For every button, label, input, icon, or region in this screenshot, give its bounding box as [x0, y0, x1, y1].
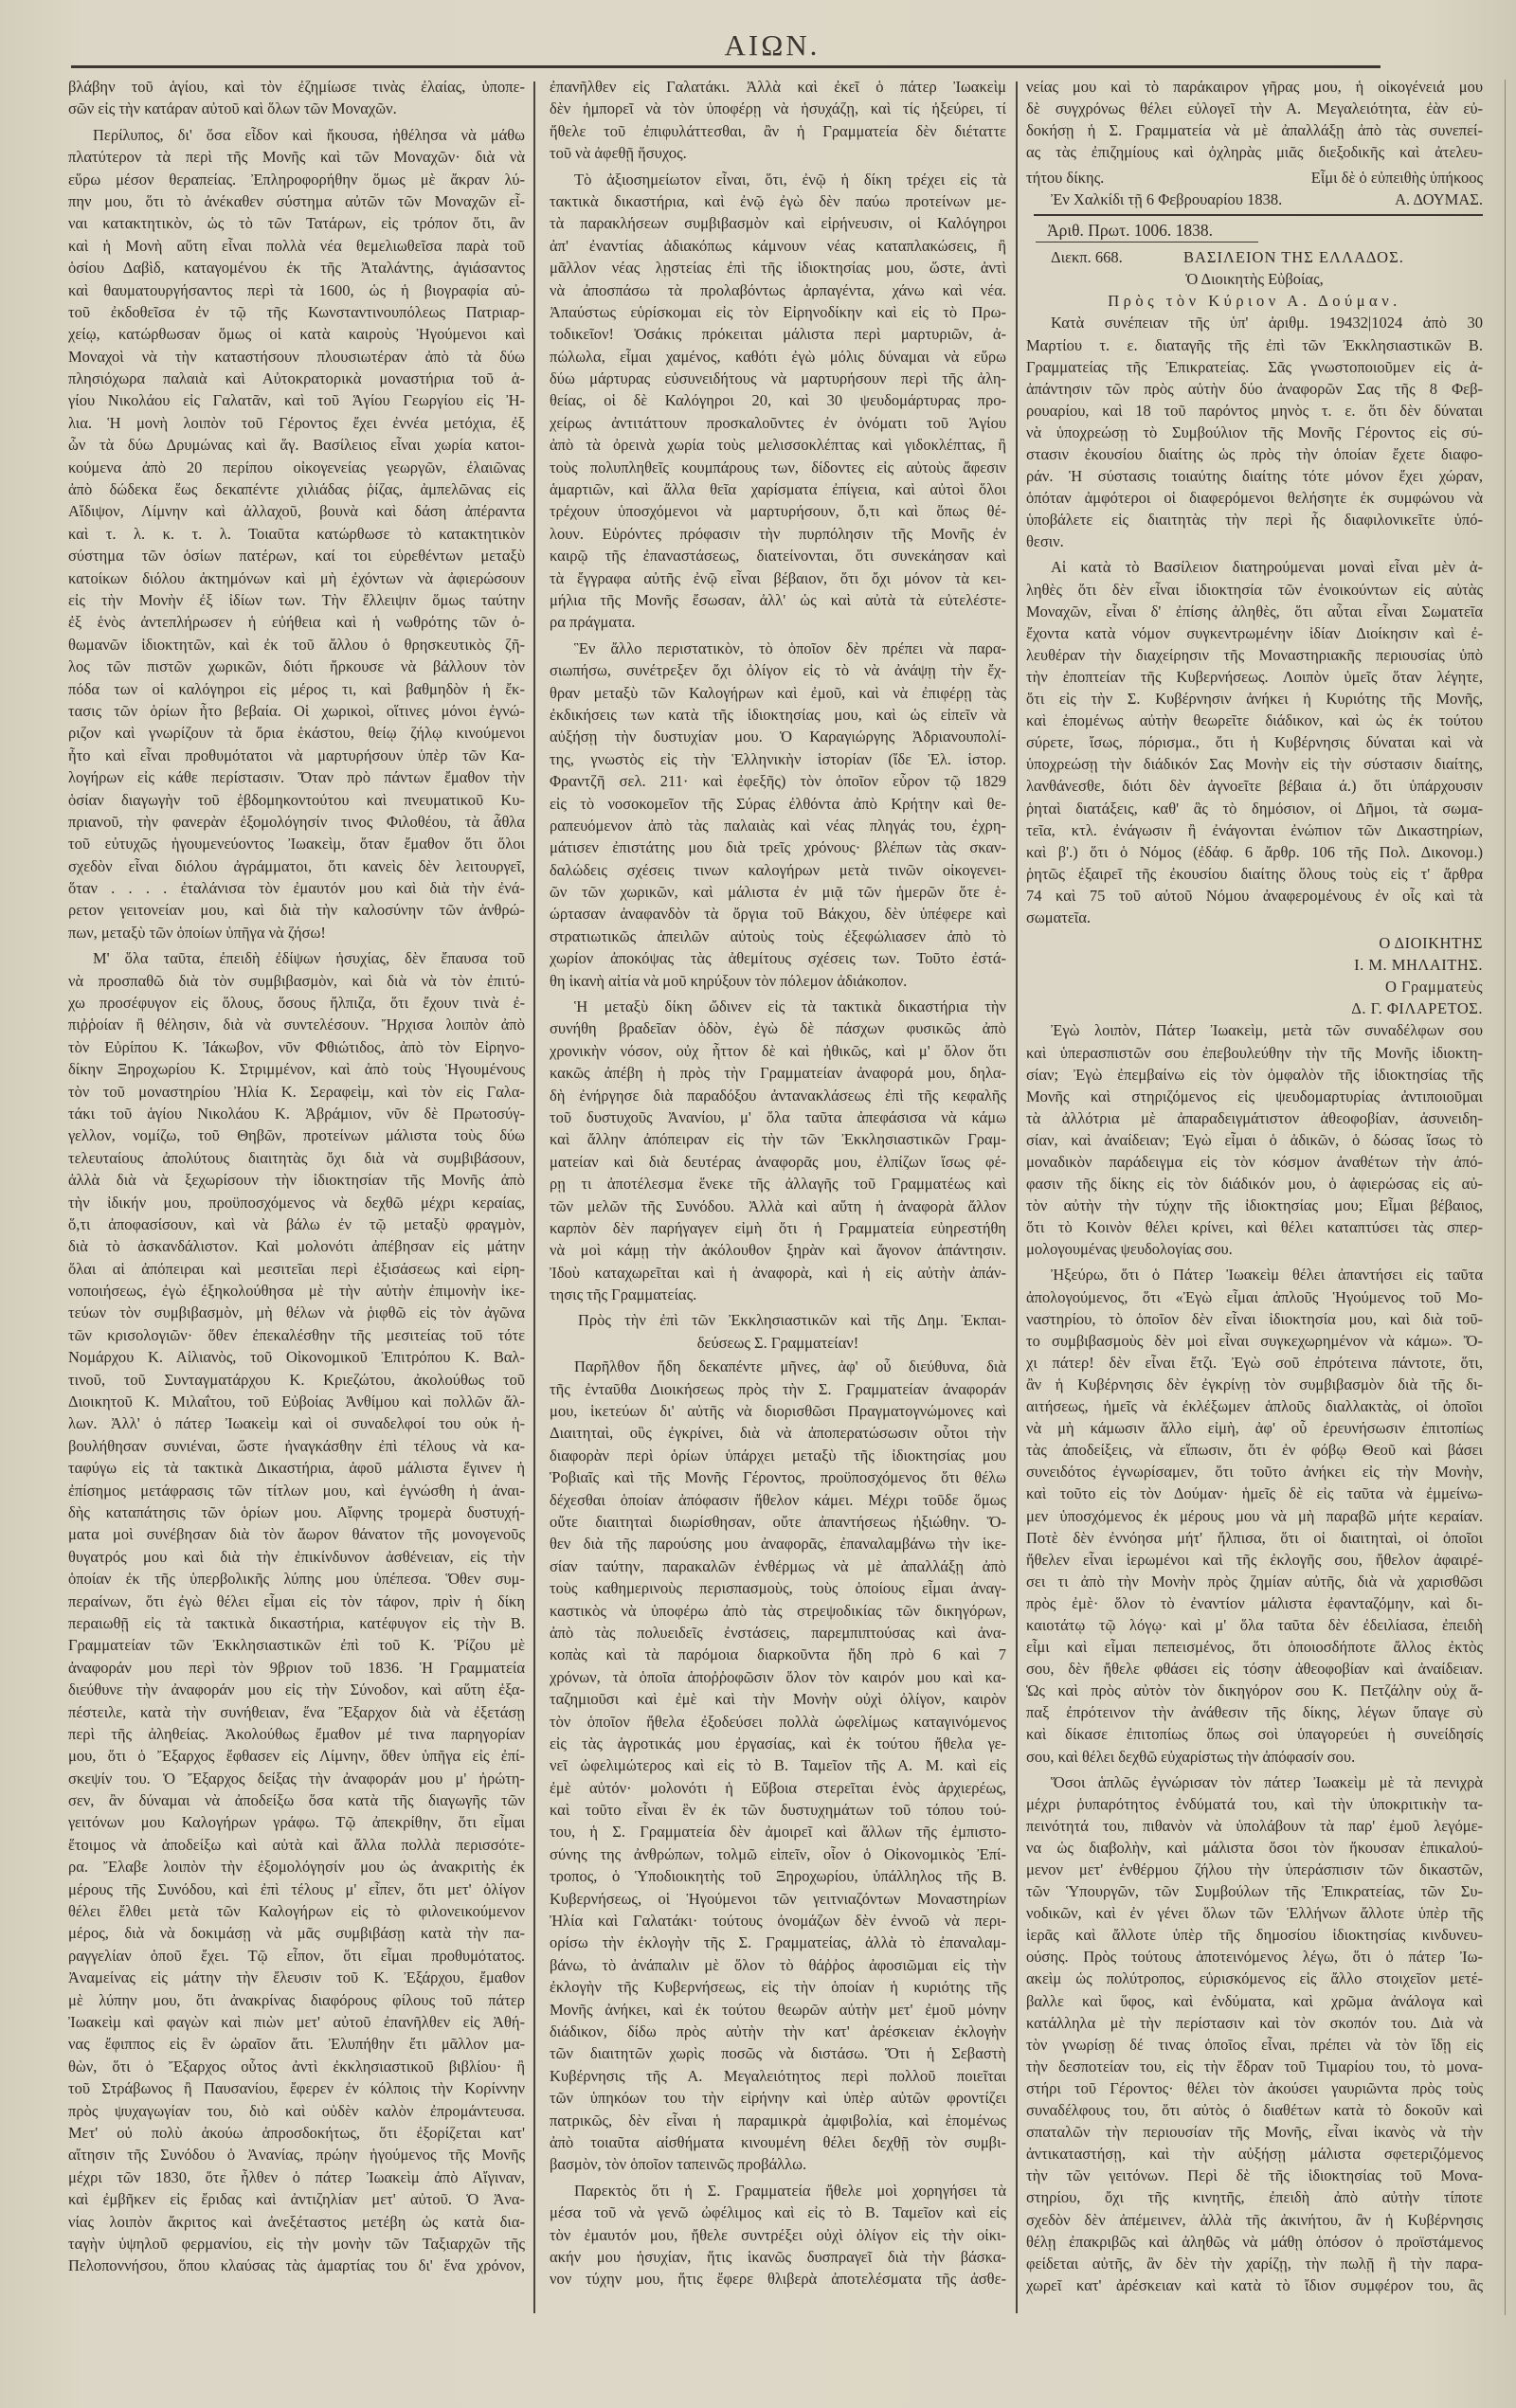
text-line: καιρῷ τῆς ἐπαναστάσεως, διατείνονται, ὅτ… [550, 545, 1006, 566]
text-line: ἀπ' ἐναντίας ἀδιακόπως κάμνουν νέας κατα… [550, 235, 1006, 257]
text-line: χω προσέφυγον εἰς ὅλους, ὅσους ἤλπιζα, ὅ… [68, 992, 525, 1014]
text-line: τελευταίους ἀπολύτους διαιτητὰς ὄχι διὰ … [68, 1147, 525, 1169]
section-heading: Πρὸς τὴν ἐπὶ τῶν Ἐκκλησιαστικῶν καὶ τῆς … [550, 1309, 1006, 1354]
text-line: σου, καὶ θέλει δεχθῶ εὐχαρίστως τὴν ἀπόφ… [1026, 1746, 1483, 1768]
text-line: ταγὴν ὑψηλοῦ φερμανίου, εἰς τὴν μονὴν τῶ… [68, 2233, 525, 2255]
text-line: μολογουμένας ψευδολογίας σου. [1026, 1238, 1483, 1260]
text-line: να ὡς διαβολὴν, καὶ μάλιστα ὅσοι τὸν ἤκο… [1026, 1837, 1483, 1859]
signature-line: Ο Γραμματεὺς [1026, 976, 1483, 997]
text-line: Γραμματείας τῆς Ἐπικρατείας. Σᾶς γνωστοπ… [1026, 356, 1483, 378]
text-line: εὕρω μέσον θεραπείας. Ἐπληροφορήθην ὅμως… [68, 169, 525, 190]
text-line: τακτικὰ δικαστήρια, καὶ ἐνῷ ἐγὼ δὲν παύω… [550, 190, 1006, 212]
text-line: Ἰωακεὶμ καὶ φαγὼν καὶ πιὼν μετ' αὐτοῦ ἐπ… [68, 2011, 525, 2033]
signature-line: Ι. Μ. ΜΗΛΑΙΤΗΣ. [1026, 954, 1483, 976]
text-line: ἐκδικήσεις των κατὰ τῆς ἰδιοκτησίας μου,… [550, 704, 1006, 726]
text-line: λανθάνεσθε, διότι δὲν ἀγνοεῖτε βέβαια ά.… [1026, 775, 1483, 797]
text-line: εἰς τὴν Μονὴν ἐξ ἰδίων των. Τὴν ἔλλειψιν… [68, 589, 525, 611]
text-line: ὧν τὰ δύω Δρυμώνας καὶ ἅγ. Βασίλειος εἶν… [68, 434, 525, 456]
text-line: περαίνων, ὅτι ἐγὼ θέλει εἶμαι εἰς τὸν τά… [68, 1590, 525, 1612]
text-line: τῶν διαιτητῶν χωρὶς ποσῶς νὰ διστάσω. Ὅτ… [550, 2042, 1006, 2064]
text-line: Ἓν ἄλλο περιστατικὸν, τὸ ὁποῖον δὲν πρέπ… [550, 638, 1006, 659]
text-line: θη ἱκανὴ αἰτία νὰ μοῦ κηρύξουν τὸν πόλεμ… [550, 970, 1006, 992]
text-line: τὸν ὁποῖον ἤθελα ἐξοδεύσει πολλὰ ὠφελίμω… [550, 1711, 1006, 1733]
text-line: νίας λοιπὸν ἄκριτος καὶ ἀνεξέταστος μετέ… [68, 2211, 525, 2233]
dispatch-number: Διεκπ. 668. [1051, 246, 1183, 268]
kingdom-title: ΒΑΣΙΛΕΙΟΝ ΤΗΣ ΕΛΛΑΔΟΣ. [1183, 246, 1404, 268]
text-line: εἶμι καὶ εἶμαι πεπεισμένος, ὅτι ὁποιοσδή… [1026, 1636, 1483, 1658]
text-line: ὑποβάλετε εἰς διαιτητὰς τὴν περὶ ἧς διαφ… [1026, 509, 1483, 530]
text-line: ἀντικαταστήσῃ, καὶ τὴν αὐξήσῃ μάλιστα σφ… [1026, 2143, 1483, 2165]
text-line: ὅτι εἰς τὴν Σ. Κυβέρνησιν ἀνήκει ἡ Κυριό… [1026, 688, 1483, 710]
text-line: τῶν μελῶν τῆς Συνόδου. Ἀλλὰ καὶ αὕτη ἡ ἀ… [550, 1195, 1006, 1217]
masthead-rule [71, 65, 1381, 68]
text-line: μάτισεν ἐπιστάτης μου διὰ τρεῖς χρόνους·… [550, 836, 1006, 858]
text-line: θεν διὰ τῆς παρούσης μου ἀναφορᾶς, ἐπανα… [550, 1533, 1006, 1554]
text-line: μενον μετ' ἐνθέρμου ζήλου τὴν ὑπεράσπισι… [1026, 1859, 1483, 1880]
text-line: ρα πράγματα. [550, 611, 1006, 633]
text-line: Νομάρχου Κ. Αἰλιανὸς, τοῦ Οἰκονομικοῦ Ἐπ… [68, 1346, 525, 1368]
text-line: πων, μεταξὺ τῶν ὁποίων ὑπῆγα νὰ ζήσω! [68, 922, 525, 943]
text-line: Ῥοβιαῖς καὶ τῆς Μονῆς Γέροντος, προϋποσχ… [550, 1466, 1006, 1488]
text-line: βασμὸν, τὸν ὁποῖον ταπεινῶς προβάλλω. [550, 2153, 1006, 2175]
text-line: ναι κατακτητικὸν, ὡς τὸ τῶν Τατάρων, εἰς… [68, 212, 525, 234]
text-line: ὁποίαν ἐκ τῆς ὑπερβολικῆς λύπης μου ὑπέπ… [68, 1568, 525, 1590]
paragraph: ἐπανῆλθεν εἰς Γαλατάκι. Ἀλλὰ καὶ ἐκεῖ ὁ … [550, 76, 1006, 165]
text-line: σιωπήσω, συνέτρεξεν ὄχι ὀλίγον εἰς τὸ νὰ… [550, 659, 1006, 681]
text-line: ἀπολογούμενος, ὅτι «Ἐγὼ εἶμαι ἁπλοῦς Ἡγο… [1026, 1286, 1483, 1308]
text-line: νοδικῶν, καὶ ἐν γένει ὅλων τῶν Ἑλλήνων ἄ… [1026, 1902, 1483, 1924]
text-line: εἰς τὰς ἀγροτικάς μου ἐργασίας, καὶ ἐκ τ… [550, 1733, 1006, 1754]
text-line: Ἠξεύρω, ὅτι ὁ Πάτερ Ἰωακεὶμ θέλει ἀπαντή… [1026, 1264, 1483, 1285]
text-line: καὶ δίκασε ἐπιτοπίως ὅπως σοὶ ὑπαγορεύει… [1026, 1723, 1483, 1745]
text-line: ναστηρίου, τὸ ὁποῖον δὲν εἶναι ἰδιοκτησί… [1026, 1308, 1483, 1330]
text-line: ας τὰς ἐπιζημίους καὶ ὀχληρὰς μιᾶς διεξο… [1026, 141, 1483, 163]
text-line: Μονῆς ἀνήκει, καὶ ἐκ τούτου θεωρῶν αὐτὴν… [550, 1999, 1006, 2021]
text-line: καὶ β'.) ὅτι ὁ Νόμος (ἐδάφ. 6 ἄρθρ. 106 … [1026, 841, 1483, 863]
text-line: σίαν; Ἐγὼ ἐπεμβαίνω εἰς τὸν ὀμφαλὸν τῆς … [1026, 1064, 1483, 1086]
text-line: γελλον, νομίζω, τοῦ Θηβῶν, προτείνων μάλ… [68, 1124, 525, 1146]
text-line: τῶν ὑπηκόων του τὴν εἰρήνην καὶ ὑπὲρ αὐτ… [550, 2087, 1006, 2109]
text-line: καὶ τοῦτο εἶναι ἓν ἐκ τῶν δυστυχημάτων τ… [550, 1799, 1006, 1821]
text-line: καὶ θαυματουργήσαντος περὶ τὰ 1600, ὡς ἡ… [68, 279, 525, 301]
text-line: λογήρων εἰς κάθε περίστασιν. Ὅταν πρὸ πά… [68, 766, 525, 788]
text-line: πέστειλε, κατὰ τὴν συνήθειαν, ἕνα Ἔξαρχο… [68, 1701, 525, 1723]
text-line: περὶ τῆς ἀληθείας. Ἀκολούθως ἔμαθον μέ τ… [68, 1723, 525, 1745]
text-line: ματα μοὶ συνέβησαν διὰ τὸν ἄωρον θάνατον… [68, 1523, 525, 1545]
text-line: Διοικητοῦ Κ. Μιλαΐτου, τοῦ Εὐβοίας Ἀνθίμ… [68, 1391, 525, 1412]
text-line: στασιν ἐκουσίου διαίτης ὡς πρὸς τὴν ὁποί… [1026, 443, 1483, 465]
text-line: ὁσίου Δαβὶδ, καταγομένου ἐκ τῆς Ἀταλάντη… [68, 257, 525, 279]
text-line: Μαρτίου τ. ε. διαταγῆς τῆς ἐπὶ τῶν Ἐκκλη… [1026, 334, 1483, 356]
text-line: παξ ἐπρότεινον τὴν ἀνάθεσιν τῆς δίκης, λ… [1026, 1701, 1483, 1723]
text-line: περαιωθῇ εἰς τὰ τακτικὰ δικαστήρια, κατέ… [68, 1612, 525, 1634]
split-right-text: Εἶμι δὲ ὁ εὐπειθὴς ὑπήκοος [1311, 167, 1483, 189]
text-line: τῆς ἐνταῦθα Διοικήσεως πρὸς τὴν Σ. Γραμμ… [550, 1378, 1006, 1400]
text-line: ακήν μου ἡσυχίαν, ἥτις ἱκανῶς δυσπραγεῖ … [550, 2246, 1006, 2268]
text-line: τοῦ εὐτυχῶς ἡγουμενεύοντος Ἰωακεὶμ, ὅταν… [68, 833, 525, 854]
text-line: νοποιήσεως, ἐγὼ ἐξηκολούθησα μὲ τὴν αὐτὴ… [68, 1280, 525, 1302]
text-line: θείας, οἱ δὲ Καλόγηροι 20, καὶ 30 ψευδομ… [550, 389, 1006, 411]
text-line: τὰ παρακλήσεων συμβιβασμὸν καὶ εἰρήνευσι… [550, 212, 1006, 234]
protocol-number: Ἀριθ. Πρωτ. 1006. 1838. [1026, 220, 1483, 242]
paragraph: Κατὰ συνέπειαν τῆς ὑπ' ἀριθμ. 19432|1024… [1026, 312, 1483, 552]
text-line: μὲ λύπην μου, ὅτι ἀνακρίνας διαφόρους φί… [68, 1989, 525, 2011]
text-line: Γραμματείαν τῶν Ἐκκλησιαστικῶν ἐπὶ τοῦ Κ… [68, 1634, 525, 1656]
text-line: καὶ ἡ Μονὴ αὕτη εἶναι πολλὰ νέα θεμελιωθ… [68, 235, 525, 257]
text-line: Ἠλία καὶ Γαλατάκι· τούτους ὀνομάζων δὲν … [550, 1910, 1006, 1932]
text-line: ὁπόταν ἀμφότεροι οἱ διαφερόμενοι θελήσητ… [1026, 487, 1483, 509]
closing-line: τήτου δίκης.Εἶμι δὲ ὁ εὐπειθὴς ὑπήκοος [1026, 167, 1483, 189]
text-line: μέρος, διὰ νὰ δοκιμάσῃ νὰ μᾶς συμβιβάσῃ … [68, 1922, 525, 1944]
text-line: ρῃ τι ἀποτέλεσμα ἕνεκε τῆς ἀλλαγῆς τοῦ Γ… [550, 1173, 1006, 1195]
text-line: Κυβερνήσεως, οἱ Ἡγούμενοι τῶν γειτνιαζόν… [550, 1888, 1006, 1910]
text-line: χι πάτερ! δὲν εἶναι ἔτζι. Ἐγὼ σοῦ ἐπρότε… [1026, 1352, 1483, 1374]
text-line: στηρίου, ὄχι τῆς κινητῆς, ἐπειδὴ ἀπὸ αὐτ… [1026, 2186, 1483, 2208]
text-line: τὸν αὐτὴν τὴν τύχην τῆς ἰδιοκτησίας μου;… [1026, 1195, 1483, 1216]
text-line: τησις τῆς Γραμματείας. [550, 1284, 1006, 1305]
section-rule [1034, 214, 1483, 216]
text-line: ὅλαι αἱ ἀπόπειραι καὶ μεσιτεῖαι περὶ ἐξι… [68, 1258, 525, 1280]
text-line: ἐκλογὴν τῆς Κυβερνήσεως, εἰς τὴν ὁποίαν … [550, 1976, 1006, 1998]
text-line: δὴ ἐνήργησε διὰ παραδόξου ἀντανακλάσεως … [550, 1085, 1006, 1106]
text-line: θωμανῶν ἰδιοκτητῶν, καὶ ἐκ τοῦ ἄλλου ὁ θ… [68, 634, 525, 656]
text-line: δὴς καταπάτησις τῶν ὁρίων μου. Αἴφνης τρ… [68, 1501, 525, 1523]
text-line: ἐξ ἑνὸς ἀντεπλήρωσεν ἡ εὐήθεια καὶ ἡ νωθ… [68, 611, 525, 633]
text-line: ἀπὸ τὰς πολυειδεῖς ἐνστάσεις, παρεμπιπτο… [550, 1622, 1006, 1644]
text-line: νὰ ὑποχρεώσῃ τὸ Συμβούλιον τῆς Μονῆς Γέρ… [1026, 422, 1483, 443]
text-line: χρόνων, τὰ ὁποῖα ἀποῤῥοφῶσιν ὅλον τὸν κα… [550, 1666, 1006, 1688]
centered-line: Ὁ Διοικητὴς Εὐβοίας, [1026, 268, 1483, 290]
text-line: ὅταν . . . . ἐταλάνισα τὸν ἐμαυτόν μου κ… [68, 877, 525, 899]
text-line: πλησιόχωρα παλαιὰ καὶ Αὐτοκρατορικὰ μονα… [68, 368, 525, 389]
text-line: ακεὶμ ὡς πολύτροπος, εὑρισκόμενος εἰς ἄλ… [1026, 1968, 1483, 1989]
text-line: καστικὸς νὰ ὑποφέρω ἀπὸ τὰς στρεψοδικίας… [550, 1600, 1006, 1622]
text-line: Παρῆλθον ἤδη δεκαπέντε μῆνες, ἀφ' οὗ διε… [550, 1356, 1006, 1377]
text-line: μήλια τῆς Μονῆς ἔσωσαν, ἀλλ' ὡς καὶ αὐτὰ… [550, 589, 1006, 611]
text-line: σίαν, καὶ ἀναίδειαν; Ἐγὼ εἶμαι ὁ ἀδικῶν,… [1026, 1129, 1483, 1151]
text-line: Τὸ ἀξιοσημείωτον εἶναι, ὅτι, ἐνῷ ἡ δίκη … [550, 169, 1006, 190]
text-line: ὅτι τὸ Κοινὸν θέλει κρίνει, καὶ θέλει κα… [1026, 1216, 1483, 1238]
text-line: κατοίκων διόλου ἀκτημόνων καὶ μὴ ἐχόντων… [68, 567, 525, 589]
text-line: Κυβέρνησις τῆς Α. Μεγαλειότητος περὶ πολ… [550, 2065, 1006, 2087]
text-line: τὸν γνωρίσῃ δέ τινας ὁποῖος εἶναι, πρέπε… [1026, 2034, 1483, 2056]
text-line: μέχρι τῶν 1830, ὅτε ἦλθεν ὁ πάτερ Ἰωακεὶ… [68, 2166, 525, 2188]
text-line: καὶ τ. λ. κ. τ. λ. Τοιαῦτα κατώρθωσε τὸ … [68, 523, 525, 545]
text-line: ἔχοντα κατὰ νόμον συγκεντρωμένην ἰδίαν Δ… [1026, 622, 1483, 644]
text-line: συναδέλφους του, ὅτι αὐτὸς ὁ διαθέτων κα… [1026, 2099, 1483, 2121]
text-line: ὁσίαν διαγωγὴν τοῦ ἑβδομηκοντούτου καὶ π… [68, 789, 525, 811]
text-line: καὶ ἄλλην ἀπόπειραν εἰς τὴν τῶν Ἐκκλησια… [550, 1128, 1006, 1150]
text-line: σχεδὸν εἶναι διόλου ἀγράμματοι, ὅτι κανε… [68, 855, 525, 877]
paragraph: Ἐγὼ λοιπὸν, Πάτερ Ἰωακεὶμ, μετὰ τῶν συνα… [1026, 1019, 1483, 1260]
text-line: δοκήσῃ ἡ Σ. Γραμματεία νὰ μὲ ἀπαλλάξῃ ἀπ… [1026, 119, 1483, 141]
text-line: βαλλε καὶ ὕφος, καὶ ἐνδύματα, καὶ χρῶμα … [1026, 1990, 1483, 2012]
centered-line: Πρὸς τὸν Κύριον Α. Δούμαν. [1026, 290, 1483, 312]
text-line: ἤθελε τοῦ ἐπιφυλάττεσθαι, ἂν ἡ Γραμματεί… [550, 120, 1006, 142]
text-line: ἀλλὰ διὰ νὰ ξεχωρίσουν τὴν ἰδιοκτησίαν τ… [68, 1169, 525, 1191]
text-line: καὶ ἐμβῆκεν εἰς ἔριδας καὶ ἀντιζηλίαν με… [68, 2188, 525, 2210]
text-line: το συμβιβασμοὺς δὲν μοὶ εἶναι συγκεχωρημ… [1026, 1330, 1483, 1352]
text-line: του, ἡ Σ. Γραμματεία δὲν ἀμοιρεῖ καὶ ἄλλ… [550, 1821, 1006, 1842]
column-divider [1016, 81, 1018, 2313]
page-edge-line [1505, 80, 1506, 2315]
text-line: ἤθελεν εἶναι ἱερωμένοι καὶ τῆς ἐκλογῆς σ… [1026, 1549, 1483, 1571]
text-line: νεῖ ὠφελιμώτερος καὶ εἰς τὸ Β. Ταμεῖον τ… [550, 1754, 1006, 1776]
text-line: θὼν, ὅτι ὁ Ἔξαρχος οὗτος ἀντὶ ἐκκλησιαστ… [68, 2056, 525, 2077]
text-line: πατρικῶς, δὲν εἶναι ἡ παραμικρὰ ἀμφιβολί… [550, 2110, 1006, 2131]
text-line: Μετ' οὐ πολὺ ἀκούω ἀπροσδοκήτως, ὅτι ἐξο… [68, 2122, 525, 2144]
text-line: εἰς τὸ νοσοκομεῖον τῆς Σύρας ἐλθόντα ἀπὸ… [550, 793, 1006, 815]
text-line: σχεδὸν δὲν ἀπέμεινεν, ἀλλὰ τῆς ἀκινήτου,… [1026, 2209, 1483, 2231]
paragraph: Ἠξεύρω, ὅτι ὁ Πάτερ Ἰωακεὶμ θέλει ἀπαντή… [1026, 1264, 1483, 1767]
text-line: ἀπὸ τὰ ὀρεινὰ χωρία τοὺς μελισσοκλέπτας … [550, 434, 1006, 456]
text-line: σου, δὲν ἤθελε φθάσει εἰς τόσην ἀθεοφοβί… [1026, 1658, 1483, 1680]
paragraph: Ἓν ἄλλο περιστατικὸν, τὸ ὁποῖον δὲν πρέπ… [550, 638, 1006, 992]
text-line: Μονῆς καὶ στηριζόμενος εἰς ψευδομαρτυρία… [1026, 1086, 1483, 1107]
text-line: θυγατρός μου καὶ διὰ τὴν ἐπικίνδυνον ἀσθ… [68, 1546, 525, 1568]
text-line: ραπευόμενον ἀπὸ τὰς παλαιὰς καὶ νέας πλη… [550, 815, 1006, 836]
text-line: καὶ ὑπερασπιστῶν σου ἐπεβουλεύθην τὴν τῆ… [1026, 1042, 1483, 1064]
text-line: φασιν τῆς δίκης εἰς τὸν διάδικόν μου, ὁ … [1026, 1173, 1483, 1195]
text-line: μέρους τῆς Συνόδου, καὶ ἐπὶ τέλους μ' εἶ… [68, 1878, 525, 1900]
text-line: τὴν δεσποτείαν του, εἰς τὴν ἕδραν τοῦ Τι… [1026, 2056, 1483, 2077]
text-line: σωματεῖα. [1026, 907, 1483, 928]
text-line: Διαιτηταὶ, οὓς ἐγκρίνει, διὰ νὰ ἀποπερατ… [550, 1422, 1006, 1444]
text-line: της, γνωστὸς εἰς τὴν Ἑλληνικὴν ἱστορίαν … [550, 748, 1006, 770]
text-line: τὸν ἐμαυτόν μου, ἤθελε συντρέξει οὐχὶ ὀλ… [550, 2224, 1006, 2246]
text-line: ῥηταὶ διατάξεις, καθ' ἃς τὸ δημόσιον, οἱ… [1026, 798, 1483, 819]
text-line: τὰς ἀποδείξεις, νὰ εἴπωσιν, ὅτι ἐν φόβῳ … [1026, 1439, 1483, 1461]
text-line: συνειδότος ἐγνωρίσαμεν, ὅτι τοῦτο ἀνήκει… [1026, 1461, 1483, 1483]
text-line: ταφύγω εἰς τὰ τακτικὰ Δικαστήρια, ἀφοῦ μ… [68, 1457, 525, 1479]
text-line: ρα. Ἔλαβε λοιπὸν τὴν ἐξομολόγησίν μου ὡς… [68, 1856, 525, 1878]
text-line: μέσα τοῦ νὰ γενῶ ὠφέλιμος καὶ εἰς τὸ Β. … [550, 2201, 1006, 2223]
paragraph: Περίλυπος, δι' ὅσα εἶδον καὶ ἤκουσα, ἠθέ… [68, 124, 525, 943]
text-line: νὰ ἀποσπάσω τὰ προλαβόντως ἁρπαγέντα, χά… [550, 279, 1006, 301]
text-line: φείδεται αὐτῆς, ἂν δὲν τὴν χαρίζῃ, τὴν π… [1026, 2253, 1483, 2274]
text-line: τινοῦ, τοῦ Συνταγματάρχου Κ. Κριεζώτου, … [68, 1369, 525, 1391]
text-line: τοὺς καθημερινοὺς περισπασμοὺς, τοὺς ὁπο… [550, 1577, 1006, 1599]
text-line: πην μου, ὅτι τὸ ἀνέκαθεν σύστημα αὐτῶν τ… [68, 190, 525, 212]
text-line: νὰ μοὶ κάμῃ τὴν ἀκόλουθον ξηρὰν καὶ ἄγον… [550, 1239, 1006, 1261]
text-line: κούμενα ἀπὸ 20 περίπου οἰκογενείας γεωργ… [68, 457, 525, 478]
text-line: Φραντζῆ σελ. 211· καὶ ἐφεξῆς) τὸν ὁποῖον… [550, 770, 1006, 792]
column-3: νείας μου καὶ τὸ παράκαιρον γῆρας μου, ἡ… [1026, 76, 1483, 2300]
text-line: ἕτοιμος νὰ ἀποδείξω καὶ αὐτὰ καὶ ἄλλα πο… [68, 1834, 525, 1856]
text-line: τεῖα, κτλ. ἐνάγωσιν ἢ ἐνάγονται ἐνώπιον … [1026, 819, 1483, 841]
text-line: νας ἔφιππος εἰς ἓν ὡραῖον ἄτι. Ἐλυπήθην … [68, 2033, 525, 2055]
text-line: λευθέραν τὴν διαχείρησιν τῆς Μοναστηριακ… [1026, 644, 1483, 666]
text-line: σῶν εἰς τὴν κατάραν αὐτοῦ καὶ ὅλων τῶν Μ… [68, 98, 525, 119]
text-line: βλάβην τοῦ ἁγίου, καὶ τὸν ἐζημίωσε τινὰς… [68, 76, 525, 98]
text-line: λουν. Εὑρόντες πρόφασιν τὴν πυρπόλησιν τ… [550, 523, 1006, 545]
split-left-text: Ἐν Χαλκίδι τῇ 6 Φεβρουαρίου 1838. [1051, 189, 1282, 210]
text-line: δὲ συγχρόνως θέλει εὐλογεῖ τὴν Α. Μεγαλε… [1026, 98, 1483, 119]
text-line: Ἀπαύστως εὑρίσκομαι εἰς τὸν Εἰρηνοδίκην … [550, 301, 1006, 323]
text-line: Μοναχοὶ νὰ τὴν καταστήσουν πλουσιωτέραν … [68, 346, 525, 368]
text-line: τοὺς πολυπληθεῖς κουμπάρους των, δίδοντε… [550, 457, 1006, 478]
text-line: ἦτο καὶ εἶναι προθυμότατοι νὰ μαρτυρήσου… [68, 745, 525, 766]
text-line: σεν, ἂν δύναμαι νὰ ἀποδείξω ὅσα κατὰ τῆς… [68, 1789, 525, 1811]
text-line: στρατιωτικῶς ἀπειλῶν αὐτοὺς τοὺς ἐξεφώλι… [550, 925, 1006, 947]
column-divider [533, 81, 535, 2313]
signature-line: Δ. Γ. ΦΙΛΑΡΕΤΟΣ. [1026, 997, 1483, 1019]
text-line: τεύων τὸν συμβιβασμὸν, μὴ θέλων νὰ ῥιφθῶ… [68, 1302, 525, 1323]
text-line: Ὅσοι ἁπλῶς ἐγνώρισαν τὸν πάτερ Ἰωακεὶμ μ… [1026, 1771, 1483, 1793]
short-rule [1036, 242, 1258, 243]
text-line: σκεψίν του. Ὁ Ἔξαρχος δείξας τὴν ἀναφορά… [68, 1768, 525, 1789]
text-line: πλατύτερον τὰ περὶ τῆς Μονῆς καὶ τῶν Μον… [68, 146, 525, 168]
paragraph: Παρῆλθον ἤδη δεκαπέντε μῆνες, ἀφ' οὗ διε… [550, 1356, 1006, 2175]
paragraph: Ὅσοι ἁπλῶς ἐγνώρισαν τὸν πάτερ Ἰωακεὶμ μ… [1026, 1771, 1483, 2296]
text-line: καιοτάτῳ τῷ λόγῳ· καὶ μ' ὅλα ταῦτα δὲν ἐ… [1026, 1614, 1483, 1636]
text-line: λια. Ἡ μονὴ λοιπὸν τοῦ Γέροντος ἔχει ἐνν… [68, 412, 525, 434]
text-line: ἐπίσημος μετάφρασις τῶν τίτλων μου, καὶ … [68, 1480, 525, 1501]
text-line: χωρεῖ κατ' ἀρέσκειαν καὶ κατὰ τὸ ἴδιον σ… [1026, 2274, 1483, 2296]
text-line: ἂν ἡ Κυβέρνησις δὲν ἐγκρίνῃ τὸν συμβιβασ… [1026, 1374, 1483, 1395]
text-line: σύστημα τῶν ὁσίων πατέρων, καί τοι εὑρεθ… [68, 545, 525, 566]
text-line: γίου Νικολάου εἰς Γαλατᾶν, καὶ τοῦ Ἁγίου… [68, 389, 525, 411]
text-line: Ἰδοὺ καταχωρεῖται καὶ ἡ ἀναφορὰ, καὶ ἡ ε… [550, 1262, 1006, 1284]
text-line: θραν μεταξὺ τῶν Καλογήρων καὶ ἐμοῦ, καὶ … [550, 682, 1006, 704]
text-line: ῶν τῶν χωρικῶν, καὶ μάλιστα ἐν μιᾷ τῶν ἡ… [550, 881, 1006, 903]
text-line: μου, ἱκετεύων δι' αὐτῆς νὰ διορισθῶσι Πρ… [550, 1400, 1006, 1422]
text-line: ἐμὲ αὐτόν· μολονότι ἡ Εὔβοια στερεῖται ἑ… [550, 1777, 1006, 1799]
text-line: δὲν ἠμπορεῖ νὰ τὸν ὑποφέρῃ νὰ ἡσυχάζῃ, κ… [550, 98, 1006, 119]
text-line: πεινότητά του, πιθανὸν νὰ ὑπολάβουν τὰ π… [1026, 1815, 1483, 1837]
text-line: Μοναχῶν, εἶναι δ' ἐπίσης ἀληθὲς, ὅτι αὗτ… [1026, 601, 1483, 622]
text-line: ὅ,τι ἀποφασίσουν, καὶ νὰ βάλω ἐν τῷ μετα… [68, 1213, 525, 1235]
text-line: δαλώδεις σχέσεις τινων καλογήρων μετὰ τι… [550, 859, 1006, 881]
text-line: θεσιν. [1026, 530, 1483, 552]
text-line: ορίσω τὴν ἐκλογὴν τῆς Σ. Γραμματείας, ἀλ… [550, 1932, 1006, 1953]
text-line: νὰ προσπαθῶ διὰ τὸν συμβιβασμὸν, καὶ διὰ… [68, 970, 525, 992]
column-1: βλάβην τοῦ ἁγίου, καὶ τὸν ἐζημίωσε τινὰς… [68, 76, 525, 2281]
text-line: μεν ὑποσχόμενος ἐκ μέρους μου νὰ μὴ παρα… [1026, 1505, 1483, 1527]
text-line: σει τι ἀπὸ τὴν Μονὴν πρὸς ζημίαν αὐτῆς, … [1026, 1571, 1483, 1592]
text-line: Κατὰ συνέπειαν τῆς ὑπ' ἀριθμ. 19432|1024… [1026, 312, 1483, 333]
text-line: πόδα των οἱ καλόγηροι εἰς μέρος τι, καὶ … [68, 678, 525, 700]
text-line: μέχρι ῥυπαρότητος ἐνδύματά του, καὶ τὴν … [1026, 1793, 1483, 1815]
text-line: ἀπὸ δώδεκα ἕως δεκαπέντε χιλιάδας ῥίζας,… [68, 478, 525, 500]
text-line: πρὸς ψυχαγωγίαν του, διὸ καὶ οὐδὲν καλὸν… [68, 2100, 525, 2122]
text-line: Πρὸς τὴν ἐπὶ τῶν Ἐκκλησιαστικῶν καὶ τῆς … [550, 1309, 1006, 1331]
signature-line: Ο ΔΙΟΙΚΗΤΗΣ [1026, 932, 1483, 954]
text-line: μᾶλλον νέας λῃστείας ἐπὶ τῆς ἰδιοκτησίας… [550, 257, 1006, 279]
text-line: Ἐγὼ λοιπὸν, Πάτερ Ἰωακεὶμ, μετὰ τῶν συνα… [1026, 1019, 1483, 1041]
text-line: Ἀναμείνας εἰς μάτην τὴν ἔλευσιν τοῦ Κ. Ἐ… [68, 1967, 525, 1988]
text-line: τὸν Εὐρίπου Κ. Ἰάκωβον, νῦν Φθιώτιδος, ἀ… [68, 1036, 525, 1058]
text-line: κοπὰς καὶ τὰ παρόμοια διαρκοῦντα ἤδη πρὸ… [550, 1644, 1006, 1665]
text-line: 74 καὶ 75 τοῦ αὐτοῦ Νόμου ἀναφερομένους … [1026, 885, 1483, 907]
text-line: ἁμαρτιῶν, καὶ ἄλλα θεῖα χαρίσματα ἐπίγει… [550, 478, 1006, 500]
text-line: καὶ τοῦτο εἰς τὸν Δούμαν· ἡμεῖς δὲ εἰς τ… [1026, 1483, 1483, 1504]
text-line: ρετον γειτονείαν μου, καὶ διὰ τὴν καλοσύ… [68, 899, 525, 921]
text-line: ταζημιοῦσι καὶ ἐμὲ καὶ τὴν Μονὴν οὐχὶ ὀλ… [550, 1688, 1006, 1710]
text-line: σύνης της ἀνθρώπων, τολμῶ εἰπεῖν, οἷον ὁ… [550, 1843, 1006, 1865]
text-line: τάκι τοῦ ἁγίου Νικολάου Κ. Ἀβράμιον, νῦν… [68, 1103, 525, 1124]
text-line: δεύσεως Σ. Γραμματείαν! [550, 1332, 1006, 1354]
text-line: ἀπὸ τοιαῦτα αἰσθήματα κινουμένη θέλει δε… [550, 2131, 1006, 2153]
text-line: ούσης. Πρὸς τούτους ἀποτεινόμενος λέγω, … [1026, 1946, 1483, 1968]
paragraph: Αἱ κατὰ τὸ Βασίλειον διατηρούμεναι μοναὶ… [1026, 556, 1483, 928]
text-line: χείῳ, κατώρθωσαν ὅμως οἱ κατὰ καιροὺς Ἡγ… [68, 323, 525, 345]
text-line: αιτήσεως, ἡμεῖς νὰ ἐκλέξωμεν ἁπλοῦς διαλ… [1026, 1395, 1483, 1417]
text-line: Περίλυπος, δι' ὅσα εἶδον καὶ ἤκουσα, ἠθέ… [68, 124, 525, 146]
text-line: χείρως ἀντιτάττουν προσκαλοῦντες ἐν ὀνόμ… [550, 412, 1006, 434]
text-line: ώρτασαν ἀναφανδὸν τὰ ὄργια τοῦ Βάκχου, δ… [550, 903, 1006, 925]
text-line: σύρετε, ἴσως, πόρισμα., ὅτι ἡ Κυβέρνησις… [1026, 731, 1483, 753]
text-line: σίαν ταύτην, παρακαλῶν ἐνθέρμως νὰ μὲ ἀπ… [550, 1555, 1006, 1577]
text-line: λος τῶν πιστῶν χωρικῶν, διότι ἤρκουσε νὰ… [68, 656, 525, 677]
text-line: πρὸς ἐμὲ· ὅλον τὸ ἐναντίον μάλιστα ἐφαντ… [1026, 1592, 1483, 1614]
text-line: ἐπανῆλθεν εἰς Γαλατάκι. Ἀλλὰ καὶ ἐκεῖ ὁ … [550, 76, 1006, 98]
text-line: τασις τῶν ὁρίων ἦτο βεβαία. Οἱ χωρικοὶ, … [68, 700, 525, 722]
split-right-text: Α. ΔΟΥΜΑΣ. [1395, 189, 1483, 210]
text-line: διὰ τὸ ἀσκανδάλιστον. Καὶ μολονότι ἀπέβη… [68, 1235, 525, 1257]
text-line: ἀναφοράν μου περὶ τὸν 9βριον τοῦ 1836. Ἡ… [68, 1657, 525, 1679]
text-line: δύω μάρτυρας εὐσυνειδήτους νὰ μαρτυρήσου… [550, 368, 1006, 389]
dateline: Ἐν Χαλκίδι τῇ 6 Φεβρουαρίου 1838.Α. ΔΟΥΜ… [1026, 189, 1483, 210]
text-line: τοῦ δυστυχοῦς Ἀνανίου, μ' ὅλα ταῦτα ἀπεφ… [550, 1106, 1006, 1128]
text-line: ραγγελίαν ὁποῦ ἔχει. Τῷ εἶπον, ὅτι εἶμαι… [68, 1945, 525, 1967]
decree-header: Διεκπ. 668.ΒΑΣΙΛΕΙΟΝ ΤΗΣ ΕΛΛΑΔΟΣ. [1026, 246, 1483, 268]
text-line: τὸν τοῦ μοναστηρίου Ἠλία Κ. Σεραφεὶμ, κα… [68, 1081, 525, 1103]
text-line: τὴν τῶν γειτόνων. Περὶ δὲ τῆς ἰδιοκτησία… [1026, 2165, 1483, 2186]
text-line: πώλωλα, εἶμαι χαμένος, καθότι ἐγὼ μόλις … [550, 346, 1006, 368]
text-line: διάδικον, δίδω πρὸς αὐτὴν τὴν κατ' ἀρέσκ… [550, 2021, 1006, 2042]
text-line: ρουαρίου, καὶ 18 τοῦ παρόντος μηνὸς τ. ε… [1026, 400, 1483, 422]
text-line: Αἴδιψον, Λίμνην καὶ ἀλλαχοῦ, βουνὰ καὶ δ… [68, 500, 525, 522]
text-line: τὰ ἀλλότρια μὲ ἀπαραδειγμάτιστον ἀθεοφοβ… [1026, 1107, 1483, 1129]
text-line: τρέχουν ὑποσχόμενοι νὰ μαρτυρήσουν, ὅ,τι… [550, 500, 1006, 522]
text-line: διεύθυνε τὴν ἀναφοράν μου εἰς τὴν Σύνοδο… [68, 1679, 525, 1700]
text-line: λων. Ἀλλ' ὁ πάτερ Ἰωακεὶμ καὶ οἱ συναδελ… [68, 1412, 525, 1434]
text-line: νείας μου καὶ τὸ παράκαιρον γῆρας μου, ἡ… [1026, 76, 1483, 98]
text-line: δέχεσθαι ὁποίαν ἀπόφασιν ἤθελον κάμει. Μ… [550, 1489, 1006, 1511]
text-line: Πελοποννήσου, ὅπου κλαύσας τὰς ἁμαρτίας … [68, 2255, 525, 2276]
text-line: χρονικὴν νόσον, οὐχ ἧττον δὲ καὶ ἠθικῶς,… [550, 1040, 1006, 1062]
text-line: Ὡς καὶ πρὸς αὐτὸν τὸν δικηγόρον σου Κ. Π… [1026, 1680, 1483, 1701]
text-line: ἱερᾶς καὶ ἄλλοτε ὑπὲρ τῆς δημοσίου ἰδιοκ… [1026, 1924, 1483, 1946]
text-line: ῥητῶς ἐξαιρεῖ τῆς ἐκουσίου διαίτης ὅλους… [1026, 863, 1483, 885]
text-line: βάνω, τὸ ἀνάπαλιν μὲ ὅλον τὸ θάῤῥος ἀφοσ… [550, 1954, 1006, 1976]
paragraph: Παρεκτὸς ὅτι ἡ Σ. Γραμματεία ἤθελε μοὶ χ… [550, 2180, 1006, 2291]
text-line: τοδικεῖον! Ὁσάκις πρόκειται μάλιστα περὶ… [550, 323, 1006, 345]
text-line: μου, ὅτι ὁ Ἔξαρχος ἔφθασεν εἰς Λίμνην, ὅ… [68, 1745, 525, 1767]
text-line: αἴτησιν τῆς Συνόδου ὁ Ἀνανίας, πρώην ἡγο… [68, 2144, 525, 2165]
text-line: καρπὸν δὲν παρήγαγεν εἰμὴ ὅτι ἡ Γραμματε… [550, 1217, 1006, 1239]
text-line: σπαταλῶν τὴν περιουσίαν τῆς Μονῆς, εἶναι… [1026, 2121, 1483, 2143]
text-line: γειτόνων μου Καλογήρων γράφω. Τῷ ἀπεκρίθ… [68, 1811, 525, 1833]
column-2: ἐπανῆλθεν εἰς Γαλατάκι. Ἀλλὰ καὶ ἐκεῖ ὁ … [550, 76, 1006, 2294]
text-line: θέλει ἔλθει μετὰ τῶν Καλογήρων εἰς τὸ φι… [68, 1900, 525, 1922]
split-left-text: τήτου δίκης. [1026, 167, 1104, 189]
text-line: κατάλληλα μὲ τὴν περίστασιν καὶ τὸν σκοπ… [1026, 2012, 1483, 2034]
paragraph: Ἡ μεταξὺ δίκη ὤδινεν εἰς τὰ τακτικὰ δικα… [550, 996, 1006, 1305]
text-line: ράν. Ἡ σύστασις τοιαύτης διαίτης τότε μό… [1026, 465, 1483, 487]
text-line: καὶ ἑπομένως αὐτὴν θεωρεῖτε διάδικον, κα… [1026, 710, 1483, 731]
text-line: τὴν ἰδικήν μου, προϋποσχόμενος νὰ δεχθῶ … [68, 1192, 525, 1213]
text-line: ἀπάντησιν τῶν πρὸς αὐτὴν δύο ἀναφορῶν Σα… [1026, 378, 1483, 400]
text-line: στήρι τοῦ Γέροντος· θέλει τὸν ἀκούσει γα… [1026, 2077, 1483, 2099]
text-line: τοῦ νὰ ἀφεθῇ ἥσυχος. [550, 142, 1006, 164]
text-line: μοναδικὸν παράδειγμα εἰς τὸν κόσμον ἀναθ… [1026, 1151, 1483, 1173]
text-line: τροπος, ὁ Ὑποδιοικητὴς τοῦ Ξηροχωρίου, ὑ… [550, 1865, 1006, 1887]
text-line: Αἱ κατὰ τὸ Βασίλειον διατηρούμεναι μοναὶ… [1026, 556, 1483, 578]
text-line: πριανοῦ, τὴν φανερὰν ἐξομολόγησίν τινος … [68, 811, 525, 833]
text-line: Ἡ μεταξὺ δίκη ὤδινεν εἰς τὰ τακτικὰ δικα… [550, 996, 1006, 1017]
